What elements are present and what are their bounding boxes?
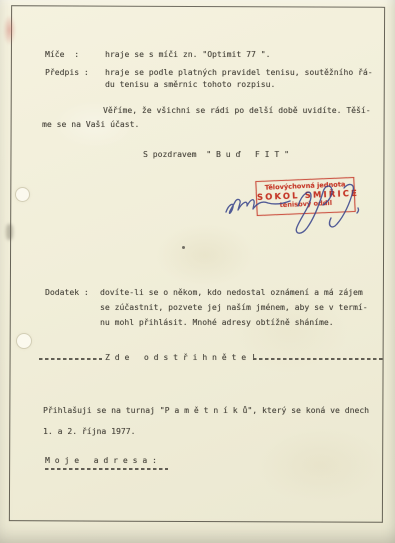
cut-dashes-left: [39, 358, 102, 360]
address-label: M o j e a d r e s a :: [45, 456, 157, 466]
predpis-line-2: du tenisu a směrnic tohoto rozpisu.: [105, 80, 275, 90]
address-underline: [45, 468, 168, 470]
dodatek-label: Dodatek :: [45, 288, 89, 298]
mice-label: Míče :: [45, 50, 79, 60]
dodatek-line-2: se zúčastnit, pozvete jej naším jménem, …: [100, 303, 368, 313]
cut-dashes-right: [253, 358, 383, 360]
punch-hole-bottom: [17, 334, 31, 348]
form-line-1: Přihlašuji se na turnaj "P a m ě t n í k…: [43, 406, 369, 416]
club-stamp: Tělovýchovná jednota SOKOL SMIŘICE tenis…: [255, 177, 355, 216]
closing-line-2: me se na Vaši účast.: [42, 120, 139, 130]
closing-line-1: Věříme, že všichni se rádi po delší době…: [103, 106, 371, 116]
dodatek-line-1: dovíte-li se o někom, kdo nedostal oznám…: [100, 288, 363, 298]
punch-hole-top: [16, 188, 29, 201]
predpis-line-1: hraje se podle platných pravidel tenisu,…: [105, 68, 373, 78]
predpis-label: Předpis :: [45, 68, 89, 78]
cut-line-text: Z d e o d s t ř i h n ě t e !: [105, 353, 256, 363]
form-line-2: 1. a 2. října 1977.: [43, 427, 135, 437]
salutation-line: S pozdravem " B u ď F I T ": [143, 150, 289, 160]
mice-text: hraje se s míči zn. "Optimit 77 ".: [105, 50, 270, 60]
pink-smudge: [2, 12, 17, 48]
scanned-letter-page: Míče : hraje se s míči zn. "Optimit 77 "…: [0, 0, 395, 543]
ink-speck: [182, 246, 185, 249]
border-smudge: [6, 224, 13, 240]
dodatek-line-3: nu mohl přihlásit. Mnohé adresy obtížně …: [100, 318, 334, 328]
